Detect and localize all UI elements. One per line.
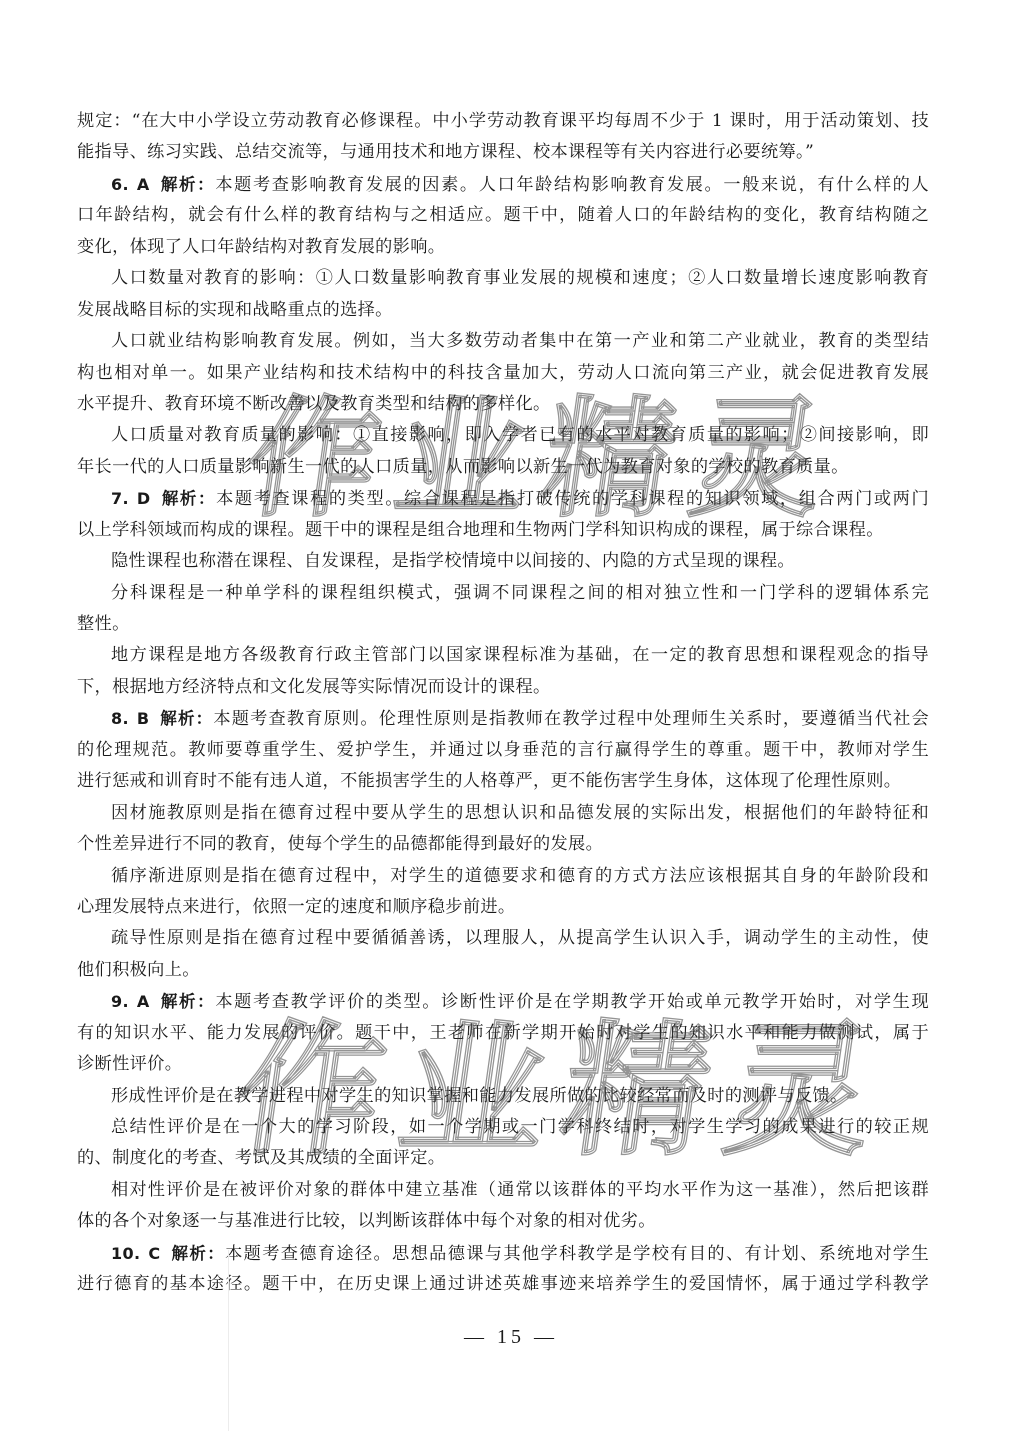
explanation-text: 本题考查教学评价的类型。诊断性评价是在学期教学开始或单元教学开始时，对学生现	[215, 992, 929, 1012]
paragraph-first-line: 人口就业结构影响教育发展。例如，当大多数劳动者集中在第一产业和第二产业就业，教育…	[77, 326, 929, 357]
document-page: 规定：“在大中小学设立劳动教育必修课程。中小学劳动教育课平均每周不少于 1 课时…	[0, 0, 1022, 1431]
question-explanation-line: 6.A解析：本题考查影响教育发展的因素。人口年龄结构影响教育发展。一般来说，有什…	[77, 169, 929, 200]
answer-letter: A	[137, 175, 150, 194]
paragraph-continuation-line: 进行惩戒和训育时不能有违人道，不能损害学生的人格尊严，更不能伤害学生身体，这体现…	[77, 766, 929, 797]
line-text: 口年龄结构，就会有什么样的教育结构与之相适应。题干中，随着人口的年龄结构的变化，…	[77, 205, 929, 225]
paragraph-continuation-line: 发展战略目标的实现和战略重点的选择。	[77, 295, 929, 326]
answer-letter: D	[137, 489, 151, 508]
line-text: 人口数量对教育的影响：①人口数量影响教育事业发展的规模和速度；②人口数量增长速度…	[111, 268, 929, 288]
paragraph-continuation-line: 的伦理规范。教师要尊重学生、爱护学生，并通过以身垂范的言行赢得学生的尊重。题干中…	[77, 735, 929, 766]
paragraph-first-line: 分科课程是一种单学科的课程组织模式，强调不同课程之间的相对独立性和一门学科的逻辑…	[77, 578, 929, 609]
line-text: 有的知识水平、能力发展的评价。题干中，王老师在新学期开始时对学生的知识水平和能力…	[77, 1023, 929, 1043]
line-text: 总结性评价是在一个大的学习阶段，如一个学期或一门学科终结时，对学生学习的成果进行…	[111, 1117, 929, 1137]
line-text: 因材施教原则是指在德育过程中要从学生的思想认识和品德发展的实际出发，根据他们的年…	[111, 803, 929, 823]
line-text: 人口质量对教育质量的影响：①直接影响，即入学者已有的水平对教育质量的影响；②间接…	[111, 425, 929, 445]
paragraph-first-line: 人口质量对教育质量的影响：①直接影响，即入学者已有的水平对教育质量的影响；②间接…	[77, 420, 929, 451]
line-text: 进行德育的基本途径。题干中，在历史课上通过讲述英雄事迹来培养学生的爱国情怀，属于…	[77, 1274, 929, 1294]
line-text: 的伦理规范。教师要尊重学生、爱护学生，并通过以身垂范的言行赢得学生的尊重。题干中…	[77, 740, 929, 760]
analysis-label: 解析：	[161, 489, 217, 508]
paragraph-continuation-line: 体的各个对象逐一与基准进行比较，以判断该群体中每个对象的相对优劣。	[77, 1206, 929, 1237]
analysis-label: 解析：	[159, 709, 213, 728]
line-text: 构也相对单一。如果产业结构和技术结构中的科技含量加大，劳动人口流向第三产业，就会…	[77, 363, 929, 383]
paragraph-first-line: 地方课程是地方各级教育行政主管部门以国家课程标准为基础，在一定的教育思想和课程观…	[77, 640, 929, 671]
line-text: 心理发展特点来进行，依照一定的速度和顺序稳步前进。	[77, 897, 515, 917]
page-number: — 15 —	[0, 1326, 1022, 1349]
answer-explanations: 规定：“在大中小学设立劳动教育必修课程。中小学劳动教育课平均每周不少于 1 课时…	[77, 106, 929, 1301]
question-number: 10.	[111, 1244, 140, 1263]
answer-letter: C	[148, 1244, 160, 1263]
paragraph-first-line: 隐性课程也称潜在课程、自发课程，是指学校情境中以间接的、内隐的方式呈现的课程。	[77, 546, 929, 577]
paragraph-continuation-line: 年长一代的人口质量影响新生一代的人口质量，从而影响以新生一代为教育对象的学校的教…	[77, 452, 929, 483]
paragraph-continuation-line: 进行德育的基本途径。题干中，在历史课上通过讲述英雄事迹来培养学生的爱国情怀，属于…	[77, 1269, 929, 1300]
line-text: 隐性课程也称潜在课程、自发课程，是指学校情境中以间接的、内隐的方式呈现的课程。	[111, 551, 795, 571]
paragraph-continuation-line: 心理发展特点来进行，依照一定的速度和顺序稳步前进。	[77, 892, 929, 923]
paragraph-continuation-line: 整性。	[77, 609, 929, 640]
paragraph-continuation-line: 下，根据地方经济特点和文化发展等实际情况而设计的课程。	[77, 672, 929, 703]
line-text: 能指导、练习实践、总结交流等，与通用技术和地方课程、校本课程等有关内容进行必要统…	[77, 142, 814, 162]
line-text: 诊断性评价。	[77, 1054, 182, 1074]
line-text: 规定：“在大中小学设立劳动教育必修课程。中小学劳动教育课平均每周不少于 1 课时…	[77, 111, 929, 131]
line-text: 整性。	[77, 614, 130, 634]
paragraph-continuation-line: 能指导、练习实践、总结交流等，与通用技术和地方课程、校本课程等有关内容进行必要统…	[77, 137, 929, 168]
analysis-label: 解析：	[160, 992, 216, 1011]
paragraph-continuation-line: 他们积极向上。	[77, 955, 929, 986]
question-explanation-line: 9.A解析：本题考查教学评价的类型。诊断性评价是在学期教学开始或单元教学开始时，…	[77, 986, 929, 1017]
paragraph-first-line: 总结性评价是在一个大的学习阶段，如一个学期或一门学科终结时，对学生学习的成果进行…	[77, 1112, 929, 1143]
line-text: 疏导性原则是指在德育过程中要循循善诱，以理服人，从提高学生认识入手，调动学生的主…	[111, 928, 929, 948]
analysis-label: 解析：	[171, 1244, 226, 1263]
question-explanation-line: 8.B解析：本题考查教育原则。伦理性原则是指教师在教学过程中处理师生关系时，要遵…	[77, 703, 929, 734]
question-number: 9.	[111, 992, 129, 1011]
paragraph-first-line: 循序渐进原则是指在德育过程中，对学生的道德要求和德育的方式方法应该根据其自身的年…	[77, 861, 929, 892]
line-text: 形成性评价是在教学进程中对学生的知识掌握和能力发展所做的比较经常而及时的测评与反…	[111, 1086, 848, 1106]
paragraph-first-line: 相对性评价是在被评价对象的群体中建立基准（通常以该群体的平均水平作为这一基准），…	[77, 1175, 929, 1206]
question-number: 6.	[111, 175, 129, 194]
paragraph-continuation-line: 规定：“在大中小学设立劳动教育必修课程。中小学劳动教育课平均每周不少于 1 课时…	[77, 106, 929, 137]
question-explanation-line: 7.D解析：本题考查课程的类型。综合课程是指打破传统的学科课程的知识领域，组合两…	[77, 483, 929, 514]
line-text: 体的各个对象逐一与基准进行比较，以判断该群体中每个对象的相对优劣。	[77, 1211, 656, 1231]
paragraph-continuation-line: 以上学科领域而构成的课程。题干中的课程是组合地理和生物两门学科知识构成的课程，属…	[77, 515, 929, 546]
paragraph-first-line: 疏导性原则是指在德育过程中要循循善诱，以理服人，从提高学生认识入手，调动学生的主…	[77, 923, 929, 954]
line-text: 地方课程是地方各级教育行政主管部门以国家课程标准为基础，在一定的教育思想和课程观…	[111, 645, 929, 665]
line-text: 变化，体现了人口年龄结构对教育发展的影响。	[77, 237, 445, 257]
analysis-label: 解析：	[160, 175, 216, 194]
paragraph-continuation-line: 水平提升、教育环境不断改善以及教育类型和结构的多样化。	[77, 389, 929, 420]
paragraph-continuation-line: 诊断性评价。	[77, 1049, 929, 1080]
line-text: 循序渐进原则是指在德育过程中，对学生的道德要求和德育的方式方法应该根据其自身的年…	[111, 866, 929, 886]
line-text: 水平提升、教育环境不断改善以及教育类型和结构的多样化。	[77, 394, 551, 414]
paragraph-continuation-line: 的、制度化的考查、考试及其成绩的全面评定。	[77, 1143, 929, 1174]
paragraph-continuation-line: 构也相对单一。如果产业结构和技术结构中的科技含量加大，劳动人口流向第三产业，就会…	[77, 358, 929, 389]
line-text: 发展战略目标的实现和战略重点的选择。	[77, 300, 393, 320]
paragraph-first-line: 人口数量对教育的影响：①人口数量影响教育事业发展的规模和速度；②人口数量增长速度…	[77, 263, 929, 294]
answer-letter: A	[137, 992, 150, 1011]
line-text: 个性差异进行不同的教育，使每个学生的品德都能得到最好的发展。	[77, 834, 603, 854]
line-text: 下，根据地方经济特点和文化发展等实际情况而设计的课程。	[77, 677, 551, 697]
line-text: 分科课程是一种单学科的课程组织模式，强调不同课程之间的相对独立性和一门学科的逻辑…	[111, 583, 929, 603]
line-text: 相对性评价是在被评价对象的群体中建立基准（通常以该群体的平均水平作为这一基准），…	[111, 1180, 929, 1200]
paragraph-continuation-line: 有的知识水平、能力发展的评价。题干中，王老师在新学期开始时对学生的知识水平和能力…	[77, 1018, 929, 1049]
paragraph-continuation-line: 个性差异进行不同的教育，使每个学生的品德都能得到最好的发展。	[77, 829, 929, 860]
line-text: 年长一代的人口质量影响新生一代的人口质量，从而影响以新生一代为教育对象的学校的教…	[77, 457, 849, 477]
line-text: 进行惩戒和训育时不能有违人道，不能损害学生的人格尊严，更不能伤害学生身体，这体现…	[77, 771, 901, 791]
explanation-text: 本题考查教育原则。伦理性原则是指教师在教学过程中处理师生关系时，要遵循当代社会	[213, 709, 929, 729]
question-explanation-line: 10.C解析：本题考查德育途径。思想品德课与其他学科教学是学校有目的、有计划、系…	[77, 1238, 929, 1269]
paragraph-continuation-line: 变化，体现了人口年龄结构对教育发展的影响。	[77, 232, 929, 263]
explanation-text: 本题考查课程的类型。综合课程是指打破传统的学科课程的知识领域，组合两门或两门	[216, 489, 929, 509]
line-text: 以上学科领域而构成的课程。题干中的课程是组合地理和生物两门学科知识构成的课程，属…	[77, 520, 884, 540]
answer-letter: B	[137, 709, 150, 728]
line-text: 的、制度化的考查、考试及其成绩的全面评定。	[77, 1148, 445, 1168]
explanation-text: 本题考查影响教育发展的因素。人口年龄结构影响教育发展。一般来说，有什么样的人	[215, 175, 929, 195]
line-text: 他们积极向上。	[77, 960, 200, 980]
paragraph-first-line: 形成性评价是在教学进程中对学生的知识掌握和能力发展所做的比较经常而及时的测评与反…	[77, 1081, 929, 1112]
line-text: 人口就业结构影响教育发展。例如，当大多数劳动者集中在第一产业和第二产业就业，教育…	[111, 331, 929, 351]
question-number: 7.	[111, 489, 129, 508]
paragraph-first-line: 因材施教原则是指在德育过程中要从学生的思想认识和品德发展的实际出发，根据他们的年…	[77, 798, 929, 829]
explanation-text: 本题考查德育途径。思想品德课与其他学科教学是学校有目的、有计划、系统地对学生	[225, 1244, 929, 1264]
paragraph-continuation-line: 口年龄结构，就会有什么样的教育结构与之相适应。题干中，随着人口的年龄结构的变化，…	[77, 200, 929, 231]
question-number: 8.	[111, 709, 129, 728]
